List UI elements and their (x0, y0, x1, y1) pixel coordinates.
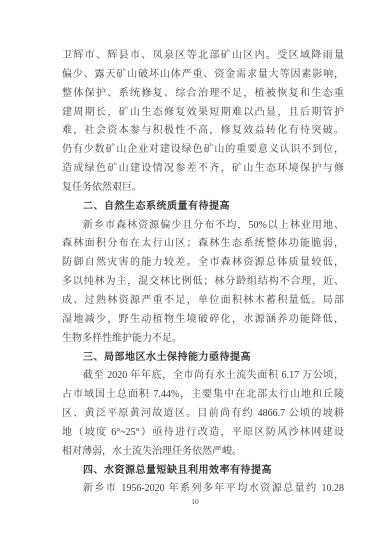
text-line: 复任务依然艰巨。 (62, 179, 344, 198)
text-line: 截至 2020 年年底，全市尚有水土流失面积 6.17 万公顷， (62, 367, 344, 386)
page-number: 10 (0, 497, 390, 506)
text-line: 整体保护、系统修复、综合治理不足，植被恢复和生态重 (62, 85, 344, 104)
text-line: 区、黄泛平原黄河故道区。目前尚有约 4866.7 公顷的坡耕 (62, 405, 344, 424)
text-line: 成、过熟林资源严重不足，单位面积林木蓄积量低。局部 (62, 292, 344, 311)
section-heading: 二、自然生态系统质量有待提高 (62, 198, 344, 217)
section-heading: 三、局部地区水土保持能力亟待提高 (62, 349, 344, 368)
text-line: 森林面积分布在太行山区；森林生态系统整体功能脆弱， (62, 235, 344, 254)
text-line: 湿地减少，野生动植物生境破碎化，水源涵养功能降低， (62, 311, 344, 330)
section-heading: 四、水资源总量短缺且利用效率有待提高 (62, 462, 344, 481)
text-line: 建周期长，矿山生态修复效果短期难以凸显，且后期管护 (62, 104, 344, 123)
text-line: 偏少、露天矿山破坏山体严重、资金需求量大等因素影响， (62, 66, 344, 85)
text-line: 新乡市森林资源偏少且分布不均，50%以上林业用地、 (62, 217, 344, 236)
text-line: 占市域国土总面积 7.44%，主要集中在北部太行山地和丘陵 (62, 386, 344, 405)
text-line: 造成绿色矿山建设情况参差不齐，矿山生态环境保护与修 (62, 160, 344, 179)
text-line: 相对薄弱，水土流失治理任务依然严峻。 (62, 443, 344, 462)
text-line: 难，社会资本参与积极性不高，修复效益转化有待突破。 (62, 122, 344, 141)
text-line: 多以纯林为主，混交林比例低；林分龄组结构不合理，近、 (62, 273, 344, 292)
text-line: 卫辉市、辉县市、凤泉区等北部矿山区内。受区域降雨量 (62, 47, 344, 66)
text-line: 生物多样性维护能力不足。 (62, 330, 344, 349)
text-line: 仍有少数矿山企业对建设绿色矿山的重要意义认识不到位， (62, 141, 344, 160)
text-line: 防御自然灾害的能力较差。全市森林资源总体质量较低， (62, 254, 344, 273)
document-page: 卫辉市、辉县市、凤泉区等北部矿山区内。受区域降雨量偏少、露天矿山破坏山体严重、资… (0, 0, 390, 551)
text-line: 地（坡度 6°~25°）亟待进行改造，平原区防风沙林网建设 (62, 424, 344, 443)
document-text: 卫辉市、辉县市、凤泉区等北部矿山区内。受区域降雨量偏少、露天矿山破坏山体严重、资… (62, 47, 344, 499)
